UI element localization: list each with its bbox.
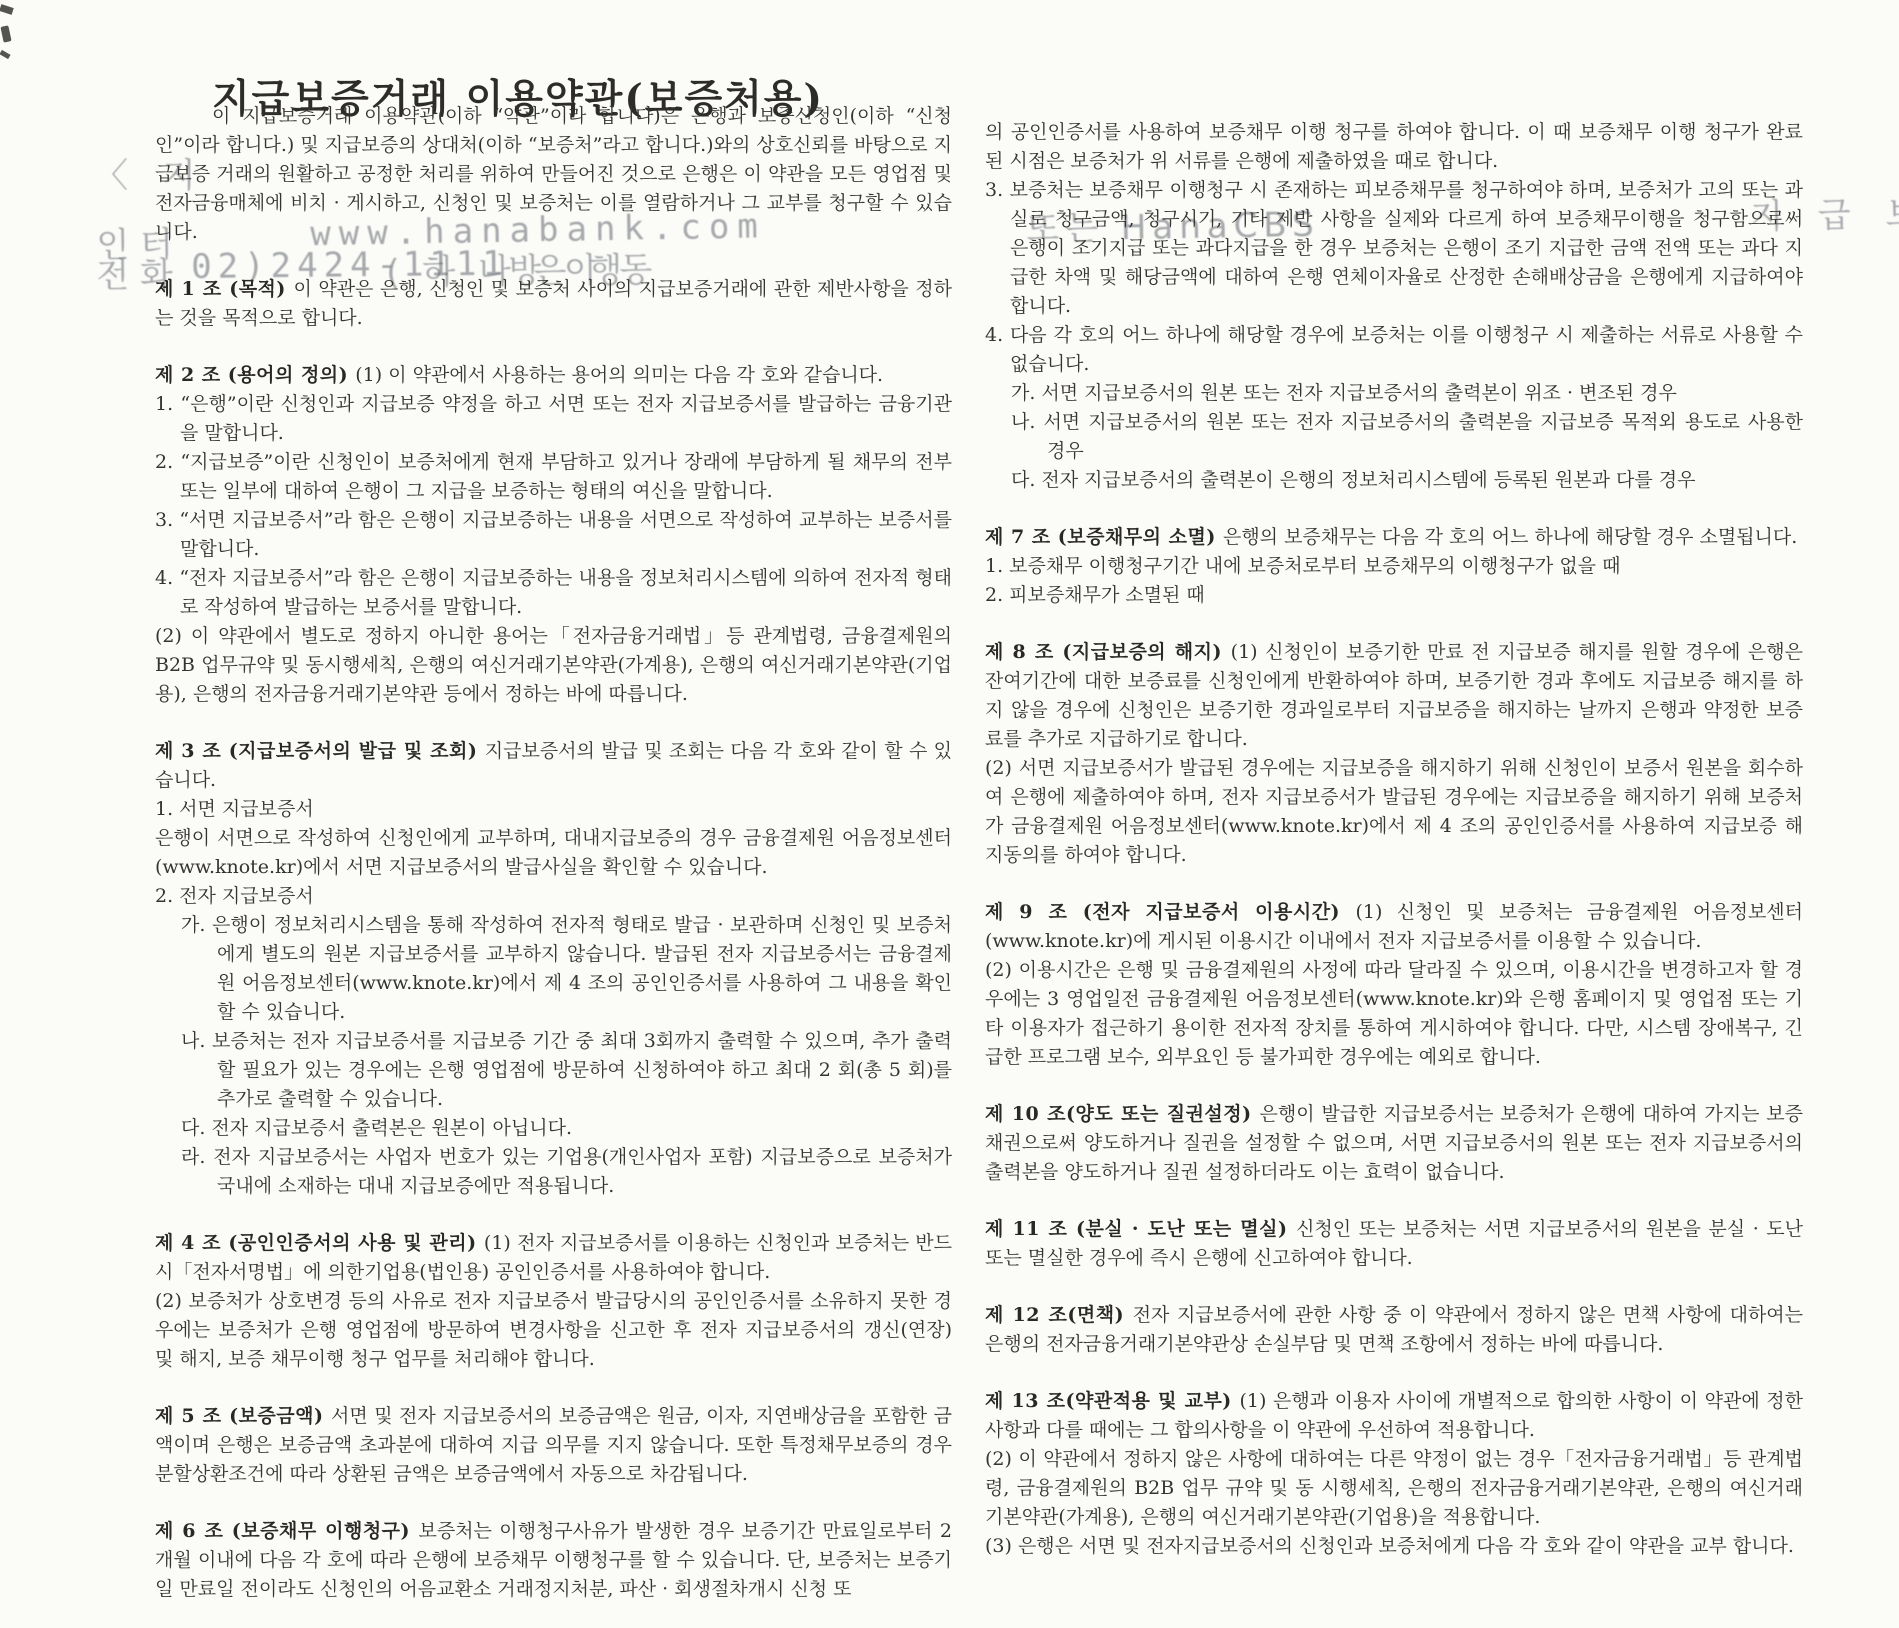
paragraph: (3) 은행은 서면 및 전자지급보증서의 신청인과 보증처에게 다음 각 호와… <box>985 1532 1803 1561</box>
paragraph: (2) 서면 지급보증서가 발급된 경우에는 지급보증을 해지하기 위해 신청인… <box>985 754 1803 870</box>
article-paragraph: 제 10 조(양도 또는 질권설정) 은행이 발급한 지급보증서는 보증처가 은… <box>985 1100 1803 1187</box>
paragraph: 2. 피보증채무가 소멸된 때 <box>985 581 1803 610</box>
article-heading: 제 10 조(양도 또는 질권설정) <box>985 1103 1260 1125</box>
article-paragraph: 제 11 조 (분실 · 도난 또는 멸실) 신청인 또는 보증처는 서면 지급… <box>985 1215 1803 1273</box>
article-heading: 제 1 조 (목적) <box>155 278 293 300</box>
article-heading: 제 2 조 (용어의 정의) <box>155 364 355 386</box>
terms-right-column: 의 공인인증서를 사용하여 보증채무 이행 청구를 하여야 합니다. 이 때 보… <box>985 118 1803 1561</box>
paragraph: 4. “전자 지급보증서”라 함은 은행이 지급보증하는 내용을 정보처리시스템… <box>155 564 952 622</box>
paragraph: 3. 보증처는 보증채무 이행청구 시 존재하는 피보증채무를 청구하여야 하며… <box>985 176 1803 321</box>
paragraph: (2) 이 약관에서 별도로 정하지 아니한 용어는「전자금융거래법」등 관계법… <box>155 622 952 709</box>
article-paragraph: 제 1 조 (목적) 이 약관은 은행, 신청인 및 보증처 사이의 지급보증거… <box>155 275 952 333</box>
paragraph: 1. 보증채무 이행청구기간 내에 보증처로부터 보증채무의 이행청구가 없을 … <box>985 552 1803 581</box>
paragraph: (2) 이 약관에서 정하지 않은 사항에 대하여는 다른 약정이 없는 경우「… <box>985 1445 1803 1532</box>
scan-artifact <box>0 4 14 15</box>
article-paragraph: 제 13 조(약관적용 및 교부) (1) 은행과 이용자 사이에 개별적으로 … <box>985 1387 1803 1445</box>
paragraph: 다. 전자 지급보증서의 출력본이 은행의 정보처리시스템에 등록된 원본과 다… <box>985 466 1803 495</box>
paragraph: 나. 보증처는 전자 지급보증서를 지급보증 기간 중 최대 3회까지 출력할 … <box>155 1027 952 1114</box>
scanned-terms-page: 지급보증거래 이용약관(보증처용) 〈 지 인 터 www.hanabank.c… <box>0 0 1899 1628</box>
paragraph: 1. 서면 지급보증서 <box>155 795 952 824</box>
paragraph: 3. “서면 지급보증서”라 함은 은행이 지급보증하는 내용을 서면으로 작성… <box>155 506 952 564</box>
paragraph: 4. 다음 각 호의 어느 하나에 해당할 경우에 보증처는 이를 이행청구 시… <box>985 321 1803 379</box>
paragraph: 라. 전자 지급보증서는 사업자 번호가 있는 기업용(개인사업자 포함) 지급… <box>155 1143 952 1201</box>
paragraph: (2) 보증처가 상호변경 등의 사유로 전자 지급보증서 발급당시의 공인인증… <box>155 1287 952 1374</box>
article-paragraph: 제 5 조 (보증금액) 서면 및 전자 지급보증서의 보증금액은 원금, 이자… <box>155 1402 952 1489</box>
paragraph: 가. 은행이 정보처리시스템을 통해 작성하여 전자적 형태로 발급 · 보관하… <box>155 911 952 1027</box>
terms-left-column: 이 지급보증거래 이용약관(이하 “약관”이라 합니다)은 은행과 보증신청인(… <box>155 102 952 1604</box>
scan-artifact <box>0 50 11 59</box>
paragraph: 가. 서면 지급보증서의 원본 또는 전자 지급보증서의 출력본이 위조 · 변… <box>985 379 1803 408</box>
article-paragraph: 제 8 조 (지급보증의 해지) (1) 신청인이 보증기한 만료 전 지급보증… <box>985 638 1803 754</box>
paragraph: 은행이 서면으로 작성하여 신청인에게 교부하며, 대내지급보증의 경우 금융결… <box>155 824 952 882</box>
paragraph: 이 지급보증거래 이용약관(이하 “약관”이라 합니다)은 은행과 보증신청인(… <box>155 102 952 247</box>
paragraph: 2. 전자 지급보증서 <box>155 882 952 911</box>
paragraph: 1. “은행”이란 신청인과 지급보증 약정을 하고 서면 또는 전자 지급보증… <box>155 390 952 448</box>
article-paragraph: 제 2 조 (용어의 정의) (1) 이 약관에서 사용하는 용어의 의미는 다… <box>155 361 952 390</box>
article-paragraph: 제 12 조(면책) 전자 지급보증서에 관한 사항 중 이 약관에서 정하지 … <box>985 1301 1803 1359</box>
article-heading: 제 12 조(면책) <box>985 1304 1133 1326</box>
article-paragraph: 제 6 조 (보증채무 이행청구) 보증처는 이행청구사유가 발생한 경우 보증… <box>155 1517 952 1604</box>
article-heading: 제 11 조 (분실 · 도난 또는 멸실) <box>985 1218 1296 1240</box>
article-paragraph: 제 7 조 (보증채무의 소멸) 은행의 보증채무는 다음 각 호의 어느 하나… <box>985 523 1803 552</box>
article-heading: 제 13 조(약관적용 및 교부) <box>985 1390 1239 1412</box>
article-paragraph: 제 9 조 (전자 지급보증서 이용시간) (1) 신청인 및 보증처는 금융결… <box>985 898 1803 956</box>
paragraph: (2) 이용시간은 은행 및 금융결제원의 사정에 따라 달라질 수 있으며, … <box>985 956 1803 1072</box>
paragraph: 다. 전자 지급보증서 출력본은 원본이 아닙니다. <box>155 1114 952 1143</box>
paragraph: 의 공인인증서를 사용하여 보증채무 이행 청구를 하여야 합니다. 이 때 보… <box>985 118 1803 176</box>
article-heading: 제 6 조 (보증채무 이행청구) <box>155 1520 418 1542</box>
article-heading: 제 4 조 (공인인증서의 사용 및 관리) <box>155 1232 484 1254</box>
article-heading: 제 5 조 (보증금액) <box>155 1405 331 1427</box>
article-heading: 제 3 조 (지급보증서의 발급 및 조회) <box>155 740 485 762</box>
scan-artifact <box>0 25 11 42</box>
article-heading: 제 7 조 (보증채무의 소멸) <box>985 526 1223 548</box>
article-heading: 제 8 조 (지급보증의 해지) <box>985 641 1231 663</box>
article-paragraph: 제 4 조 (공인인증서의 사용 및 관리) (1) 전자 지급보증서를 이용하… <box>155 1229 952 1287</box>
article-paragraph: 제 3 조 (지급보증서의 발급 및 조회) 지급보증서의 발급 및 조회는 다… <box>155 737 952 795</box>
paragraph: 나. 서면 지급보증서의 원본 또는 전자 지급보증서의 출력본을 지급보증 목… <box>985 408 1803 466</box>
article-heading: 제 9 조 (전자 지급보증서 이용시간) <box>985 901 1356 923</box>
paragraph: 2. “지급보증”이란 신청인이 보증처에게 현재 부담하고 있거나 장래에 부… <box>155 448 952 506</box>
